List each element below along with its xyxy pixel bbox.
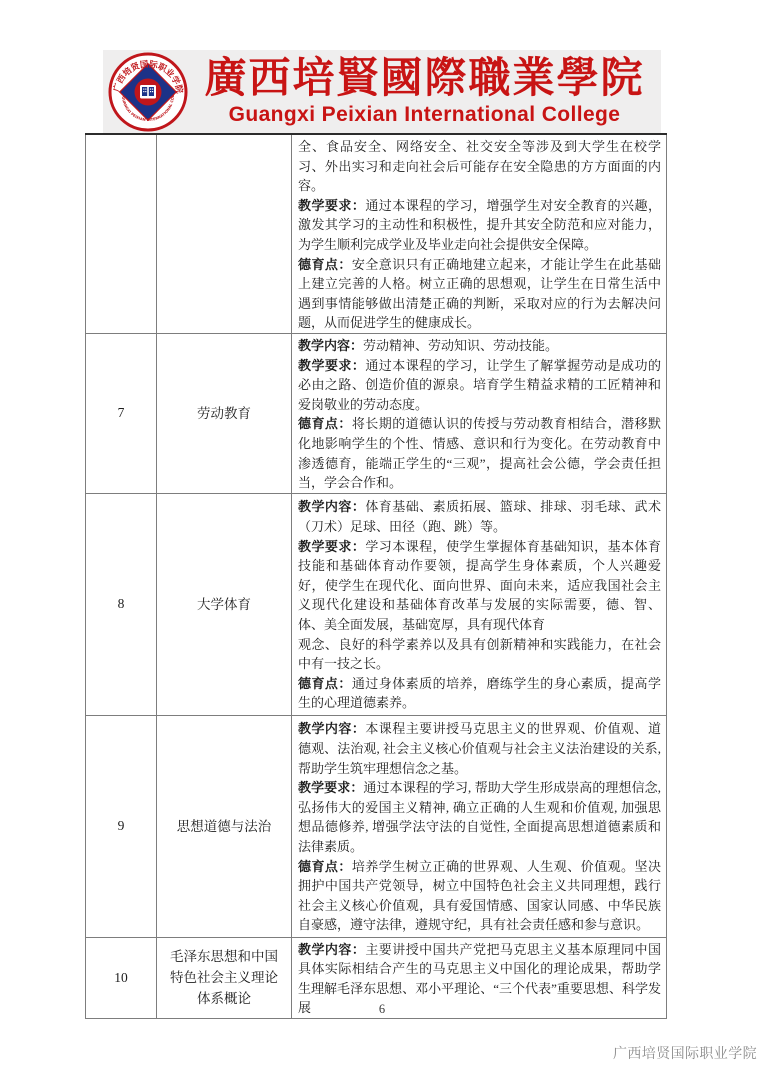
desc-text: 通过身体素质的培养，磨练学生的身心素质，提高学生的心理道德素养。 [298, 676, 661, 711]
course-number-cell: 7 [86, 333, 157, 493]
course-name: 思想道德与法治 [157, 816, 291, 837]
letterhead-titles: 廣西培賢國際職業學院 Guangxi Peixian International… [188, 58, 661, 125]
course-desc-cell: 全、食品安全、网络安全、社交安全等涉及到大学生在校学习、外出实习和走向社会后可能… [292, 134, 667, 333]
desc-paragraph: 德育点：安全意识只有正确地建立起来，才能让学生在此基础上建立完善的人格。树立正确… [298, 255, 661, 333]
desc-paragraph: 教学要求：通过本课程的学习，增强学生对安全教育的兴趣，激发其学习的主动性和积极性… [298, 196, 661, 255]
desc-paragraph: 教学要求：通过本课程的学习, 帮助大学生形成崇高的理想信念, 弘扬伟大的爱国主义… [298, 778, 661, 856]
desc-text: 安全意识只有正确地建立起来，才能让学生在此基础上建立完善的人格。树立正确的思想观… [298, 257, 661, 331]
desc-label: 教学内容： [298, 499, 365, 514]
desc-label: 教学内容： [298, 721, 365, 736]
course-desc-cell: 教学内容：本课程主要讲授马克思主义的世界观、价值观、道德观、法治观, 社会主义核… [292, 715, 667, 937]
course-desc-cell: 教学内容：劳动精神、劳动知识、劳动技能。 教学要求：通过本课程的学习，让学生了解… [292, 333, 667, 493]
desc-text: 将长期的道德认识的传授与劳动教育相结合，潜移默化地影响学生的个性、情感、意识和行… [298, 416, 661, 490]
desc-paragraph: 教学内容：体育基础、素质拓展、篮球、排球、羽毛球、武术（刀术）足球、田径（跑、跳… [298, 497, 661, 536]
desc-paragraph: 德育点：培养学生树立正确的世界观、人生观、价值观。坚决拥护中国共产党领导，树立中… [298, 857, 661, 935]
desc-paragraph: 全、食品安全、网络安全、社交安全等涉及到大学生在校学习、外出实习和走向社会后可能… [298, 137, 661, 196]
desc-label: 德育点： [298, 859, 352, 874]
course-name-cell [157, 134, 292, 333]
book-icon [140, 85, 156, 99]
course-description: 全、食品安全、网络安全、社交安全等涉及到大学生在校学习、外出实习和走向社会后可能… [292, 135, 666, 333]
watermark: 广西培贤国际职业学院 [613, 1043, 757, 1063]
desc-label: 教学要求： [298, 539, 365, 554]
table-row: 7 劳动教育 教学内容：劳动精神、劳动知识、劳动技能。 教学要求：通过本课程的学… [86, 333, 667, 493]
desc-paragraph: 教学要求：通过本课程的学习，让学生了解掌握劳动是成功的必由之路、创造价值的源泉。… [298, 356, 661, 415]
desc-paragraph: 教学要求：学习本课程，使学生掌握体育基础知识，基本体育技能和基础体育动作要领，提… [298, 537, 661, 635]
college-name-zh: 廣西培賢國際職業學院 [188, 58, 661, 100]
desc-text: 劳动精神、劳动知识、劳动技能。 [363, 338, 558, 353]
course-number-cell: 9 [86, 715, 157, 937]
table-row: 全、食品安全、网络安全、社交安全等涉及到大学生在校学习、外出实习和走向社会后可能… [86, 134, 667, 333]
desc-label: 教学内容： [298, 338, 363, 353]
course-table: 全、食品安全、网络安全、社交安全等涉及到大学生在校学习、外出实习和走向社会后可能… [85, 133, 667, 1019]
course-name-cell: 思想道德与法治 [157, 715, 292, 937]
course-number-cell: 8 [86, 493, 157, 715]
desc-paragraph: 教学内容：本课程主要讲授马克思主义的世界观、价值观、道德观、法治观, 社会主义核… [298, 719, 661, 778]
desc-label: 德育点： [298, 257, 352, 272]
desc-label: 教学内容： [298, 942, 365, 957]
course-description: 教学内容：本课程主要讲授马克思主义的世界观、价值观、道德观、法治观, 社会主义核… [292, 717, 666, 935]
table-row: 8 大学体育 教学内容：体育基础、素质拓展、篮球、排球、羽毛球、武术（刀术）足球… [86, 493, 667, 715]
course-number-cell [86, 134, 157, 333]
letterhead: 广西培贤国际职业学院 GUANGXI PEIXIAN INTERNATIONAL… [103, 50, 661, 133]
course-name: 劳动教育 [157, 403, 291, 424]
course-name: 毛泽东思想和中国特色社会主义理论体系概论 [157, 946, 291, 1009]
college-seal-icon: 广西培贤国际职业学院 GUANGXI PEIXIAN INTERNATIONAL… [108, 52, 188, 132]
desc-text: 培养学生树立正确的世界观、人生观、价值观。坚决拥护中国共产党领导，树立中国特色社… [298, 859, 661, 933]
college-name-en: Guangxi Peixian International College [188, 104, 661, 125]
desc-paragraph: 教学内容：劳动精神、劳动知识、劳动技能。 [298, 336, 661, 356]
desc-paragraph: 德育点：通过身体素质的培养，磨练学生的身心素质，提高学生的心理道德素养。 [298, 674, 661, 713]
course-name: 大学体育 [157, 594, 291, 615]
desc-label: 教学要求： [298, 358, 365, 373]
course-description: 教学内容：体育基础、素质拓展、篮球、排球、羽毛球、武术（刀术）足球、田径（跑、跳… [292, 495, 666, 713]
desc-label: 德育点： [298, 676, 352, 691]
desc-label: 德育点： [298, 416, 352, 431]
page-number: 6 [0, 1002, 764, 1017]
desc-paragraph: 德育点：将长期的道德认识的传授与劳动教育相结合，潜移默化地影响学生的个性、情感、… [298, 414, 661, 492]
course-name-cell: 大学体育 [157, 493, 292, 715]
desc-text: 观念、良好的科学素养以及具有创新精神和实践能力，在社会中有一技之长。 [298, 637, 661, 672]
course-desc-cell: 教学内容：体育基础、素质拓展、篮球、排球、羽毛球、武术（刀术）足球、田径（跑、跳… [292, 493, 667, 715]
desc-paragraph: 观念、良好的科学素养以及具有创新精神和实践能力，在社会中有一技之长。 [298, 635, 661, 674]
desc-label: 教学要求： [298, 198, 365, 213]
table-row: 9 思想道德与法治 教学内容：本课程主要讲授马克思主义的世界观、价值观、道德观、… [86, 715, 667, 937]
course-name-cell: 劳动教育 [157, 333, 292, 493]
desc-text: 全、食品安全、网络安全、社交安全等涉及到大学生在校学习、外出实习和走向社会后可能… [298, 139, 661, 193]
desc-label: 教学要求： [298, 780, 363, 795]
page: { "header": { "title_zh": "廣西培賢國際職業學院", … [0, 0, 764, 1080]
course-description: 教学内容：劳动精神、劳动知识、劳动技能。 教学要求：通过本课程的学习，让学生了解… [292, 334, 666, 493]
